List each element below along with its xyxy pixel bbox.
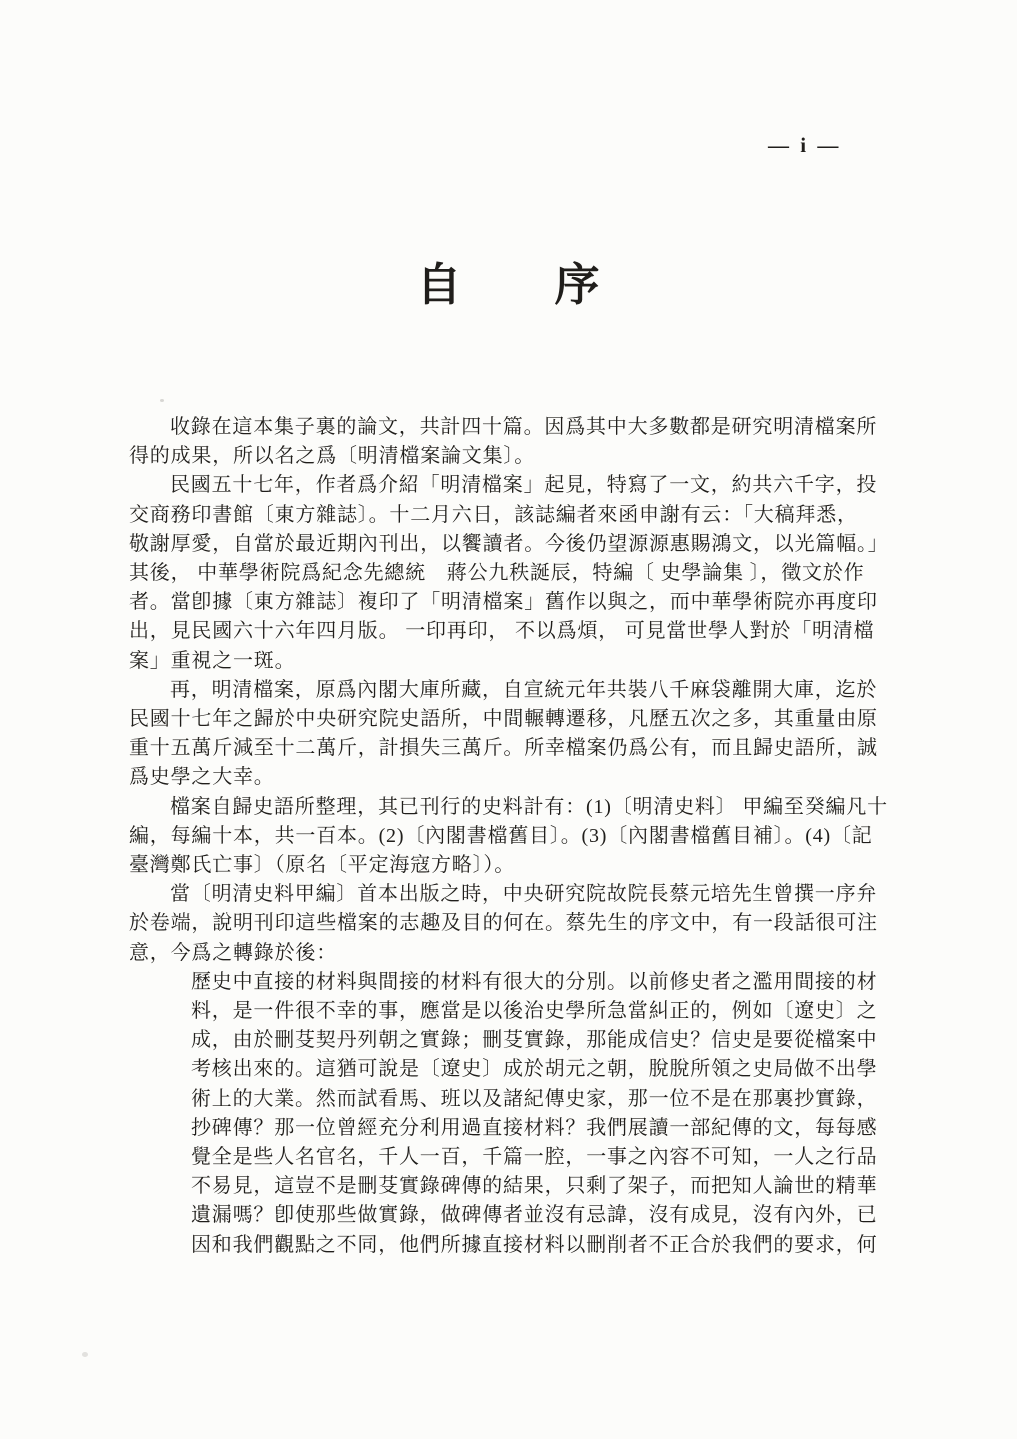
text-line: 臺灣鄭氏亡事〕（原名〔平定海寇方略〕）。 xyxy=(129,851,897,880)
scanned-page: — i — 自 序 收錄在這本集子裏的論文，共計四十篇。因爲其中大多數都是研究明… xyxy=(0,0,1017,1439)
text-line: 其後， 中華學術院爲紀念先總統 蔣公九秩誕辰，特編〔 史學論集 〕，徵文於作 xyxy=(129,559,897,588)
text-line: 再，明清檔案，原爲內閣大庫所藏，自宣統元年共裝八千麻袋離開大庫，迄於 xyxy=(129,676,897,705)
quote-line: 術上的大業。然而試看馬、班以及諸紀傳史家，那一位不是在那裏抄實錄， xyxy=(191,1085,897,1114)
text-line: 當〔明清史料甲編〕首本出版之時，中央研究院故院長蔡元培先生曾撰一序弁 xyxy=(129,880,897,909)
quote-line: 考核出來的。這猶可說是〔遼史〕成於胡元之朝，脫脫所領之史局做不出學 xyxy=(191,1055,897,1084)
block-quote: 歷史中直接的材料與間接的材料有很大的分別。以前修史者之濫用間接的材 料，是一件很… xyxy=(129,968,897,1260)
scan-speck xyxy=(160,399,164,402)
text-line: 民國十七年之歸於中央研究院史語所，中間輾轉遷移，凡歷五次之多，其重量由原 xyxy=(129,705,897,734)
text-line: 編，每編十本，共一百本。(2)〔內閣書檔舊目〕。(3)〔內閣書檔舊目補〕。(4)… xyxy=(129,822,897,851)
quote-line: 歷史中直接的材料與間接的材料有很大的分別。以前修史者之濫用間接的材 xyxy=(191,968,897,997)
text-line: 案」重視之一斑。 xyxy=(129,647,897,676)
quote-line: 料，是一件很不幸的事，應當是以後治史學所急當糾正的，例如〔遼史〕之 xyxy=(191,997,897,1026)
paragraph: 再，明清檔案，原爲內閣大庫所藏，自宣統元年共裝八千麻袋離開大庫，迄於 民國十七年… xyxy=(129,676,897,793)
quote-line: 抄碑傳？那一位曾經充分利用過直接材料？我們展讀一部紀傳的文，每每感 xyxy=(191,1114,897,1143)
paragraph: 當〔明清史料甲編〕首本出版之時，中央研究院故院長蔡元培先生曾撰一序弁 於卷端，說… xyxy=(129,880,897,968)
scan-speck xyxy=(82,1352,88,1357)
quote-line: 不易見，這豈不是刪芟實錄碑傳的結果，只剩了架子，而把知人論世的精華 xyxy=(191,1172,897,1201)
text-line: 交商務印書館〔東方雜誌〕。十二月六日，該誌編者來函申謝有云：「大稿拜悉， xyxy=(129,501,897,530)
text-line: 收錄在這本集子裏的論文，共計四十篇。因爲其中大多數都是研究明清檔案所 xyxy=(129,413,897,442)
page-title: 自 序 xyxy=(0,248,1017,313)
quote-line: 覺全是些人名官名，千人一百，千篇一腔，一事之內容不可知，一人之行品 xyxy=(191,1143,897,1172)
quote-line: 成，由於刪芟契丹列朝之實錄；刪芟實錄，那能成信史？信史是要從檔案中 xyxy=(191,1026,897,1055)
text-line: 民國五十七年，作者爲介紹「明清檔案」起見，特寫了一文，約共六千字，投 xyxy=(129,471,897,500)
page-number: — i — xyxy=(768,133,841,158)
text-line: 敬謝厚愛，自當於最近期內刊出，以饗讀者。今後仍望源源惠賜鴻文，以光篇幅。」 xyxy=(129,530,897,559)
text-line: 於卷端，說明刊印這些檔案的志趣及目的何在。蔡先生的序文中，有一段話很可注 xyxy=(129,909,897,938)
paragraph: 收錄在這本集子裏的論文，共計四十篇。因爲其中大多數都是研究明清檔案所 得的成果，… xyxy=(129,413,897,471)
text-line: 得的成果，所以名之爲〔明清檔案論文集〕。 xyxy=(129,442,897,471)
text-line: 者。當卽據〔東方雜誌〕複印了「明清檔案」舊作以與之，而中華學術院亦再度印 xyxy=(129,588,897,617)
text-line: 重十五萬斤減至十二萬斤，計損失三萬斤。所幸檔案仍爲公有，而且歸史語所，誠 xyxy=(129,734,897,763)
text-line: 出，見民國六十六年四月版。 一印再印， 不以爲煩， 可見當世學人對於「明清檔 xyxy=(129,617,897,646)
preface-body: 收錄在這本集子裏的論文，共計四十篇。因爲其中大多數都是研究明清檔案所 得的成果，… xyxy=(129,413,897,1260)
paragraph: 民國五十七年，作者爲介紹「明清檔案」起見，特寫了一文，約共六千字，投 交商務印書… xyxy=(129,471,897,675)
paragraph: 檔案自歸史語所整理，其已刊行的史料計有：(1)〔明清史料〕 甲編至癸編凡十 編，… xyxy=(129,793,897,881)
text-line: 爲史學之大幸。 xyxy=(129,763,897,792)
text-line: 意，今爲之轉錄於後： xyxy=(129,939,897,968)
text-line: 檔案自歸史語所整理，其已刊行的史料計有：(1)〔明清史料〕 甲編至癸編凡十 xyxy=(129,793,897,822)
quote-line: 因和我們觀點之不同，他們所據直接材料以刪削者不正合於我們的要求，何 xyxy=(191,1231,897,1260)
quote-line: 遺漏嗎？卽使那些做實錄，做碑傳者並沒有忌諱，沒有成見，沒有內外，已 xyxy=(191,1201,897,1230)
